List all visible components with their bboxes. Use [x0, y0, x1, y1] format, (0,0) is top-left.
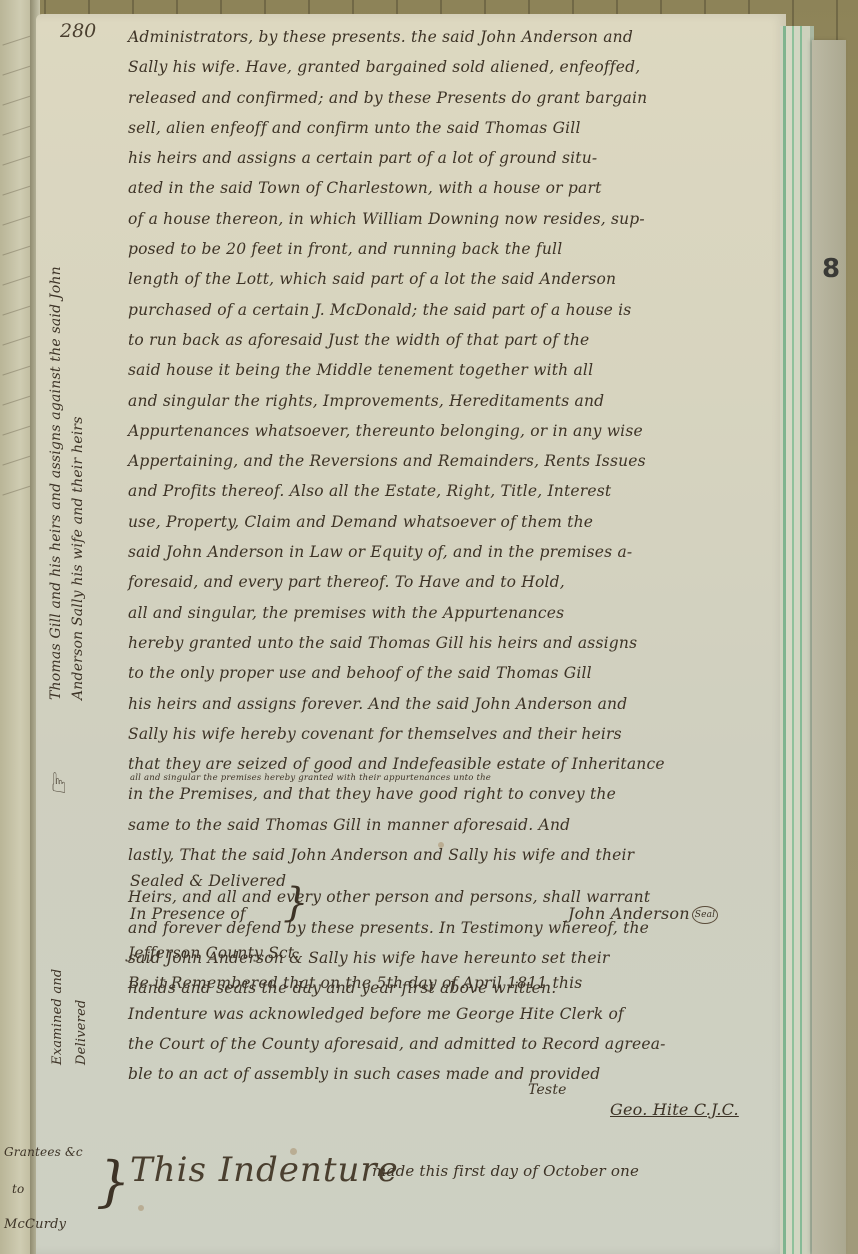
teste-label: Teste	[528, 1082, 567, 1098]
clerk-signature: Geo. Hite C.J.C.	[610, 1100, 739, 1119]
previous-page-edge	[0, 0, 34, 1254]
margin-note-delivered: Delivered	[74, 1000, 89, 1066]
next-entry-margin-grantees: Grantees &c	[4, 1145, 83, 1159]
deed-body: Administrators, by these presents. the s…	[128, 22, 788, 1004]
deed-line: hereby granted unto the said Thomas Gill…	[128, 628, 788, 658]
deed-line: foresaid, and every part thereof. To Hav…	[128, 567, 788, 597]
deed-line: his heirs and assigns a certain part of …	[128, 143, 788, 173]
margin-note-upper-2: Anderson Sally his wife and their heirs	[70, 416, 86, 700]
attestation-sealed: Sealed & Delivered	[130, 872, 286, 890]
grantor-signature: John AndersonSeal	[568, 904, 718, 924]
seal-icon: Seal	[692, 906, 719, 924]
certificate-line: Be it Remembered that on the 5th day of …	[128, 968, 788, 998]
deed-line: Administrators, by these presents. the s…	[128, 22, 788, 52]
deed-line: use, Property, Claim and Demand whatsoev…	[128, 507, 788, 537]
deed-line: said John Anderson in Law or Equity of, …	[128, 537, 788, 567]
brace-icon: }	[283, 880, 308, 926]
index-tab-strip	[812, 40, 846, 1254]
deed-line: to the only proper use and behoof of the…	[128, 658, 788, 688]
deed-line: and Profits thereof. Also all the Estate…	[128, 476, 788, 506]
deed-line: purchased of a certain J. McDonald; the …	[128, 295, 788, 325]
deed-line: Sally his wife. Have, granted bargained …	[128, 52, 788, 82]
deed-line: lastly, That the said John Anderson and …	[128, 840, 788, 870]
deed-line: ated in the said Town of Charlestown, wi…	[128, 173, 788, 203]
deed-line: of a house thereon, in which William Dow…	[128, 204, 788, 234]
deed-line: to run back as aforesaid Just the width …	[128, 325, 788, 355]
deed-line: Appurtenances whatsoever, thereunto belo…	[128, 416, 788, 446]
acknowledgement-certificate: Jefferson County Sct. Be it Remembered t…	[128, 938, 788, 1089]
ink-stain	[138, 1205, 144, 1211]
deed-line: released and confirmed; and by these Pre…	[128, 83, 788, 113]
certificate-line: ble to an act of assembly in such cases …	[128, 1059, 788, 1089]
deed-line: his heirs and assigns forever. And the s…	[128, 689, 788, 719]
deed-line: posed to be 20 feet in front, and runnin…	[128, 234, 788, 264]
deed-line: Appertaining, and the Reversions and Rem…	[128, 446, 788, 476]
deed-line: all and singular, the premises with the …	[128, 598, 788, 628]
deed-line: Sally his wife hereby covenant for thems…	[128, 719, 788, 749]
next-entry-text: made this first day of October one	[372, 1162, 639, 1180]
next-entry-margin-to: to	[12, 1182, 24, 1196]
pointing-hand-icon: ☞	[45, 773, 75, 796]
next-entry-margin-grantee: McCurdy	[4, 1217, 66, 1232]
deed-line: sell, alien enfeoff and confirm unto the…	[128, 113, 788, 143]
index-tab-number: 8	[822, 254, 840, 284]
next-entry-title: This Indenture	[130, 1150, 399, 1190]
certificate-line: Indenture was acknowledged before me Geo…	[128, 999, 788, 1029]
page-number: 280	[60, 20, 96, 42]
attestation-presence: In Presence of	[130, 905, 246, 923]
interlineation: all and singular the premises hereby gra…	[130, 773, 491, 783]
deed-line: said house it being the Middle tenement …	[128, 355, 788, 385]
certificate-line: Jefferson County Sct.	[128, 938, 788, 968]
margin-note-upper-1: Thomas Gill and his heirs and assigns ag…	[48, 266, 64, 700]
deed-line: and singular the rights, Improvements, H…	[128, 386, 788, 416]
brace-icon: }	[96, 1150, 130, 1213]
deed-line: in the Premises, and that they have good…	[128, 779, 788, 809]
certificate-line: the Court of the County aforesaid, and a…	[128, 1029, 788, 1059]
margin-note-examined: Examined and	[50, 969, 65, 1065]
deed-line: same to the said Thomas Gill in manner a…	[128, 810, 788, 840]
deed-line: length of the Lott, which said part of a…	[128, 264, 788, 294]
grantor-name: John Anderson	[568, 904, 690, 923]
